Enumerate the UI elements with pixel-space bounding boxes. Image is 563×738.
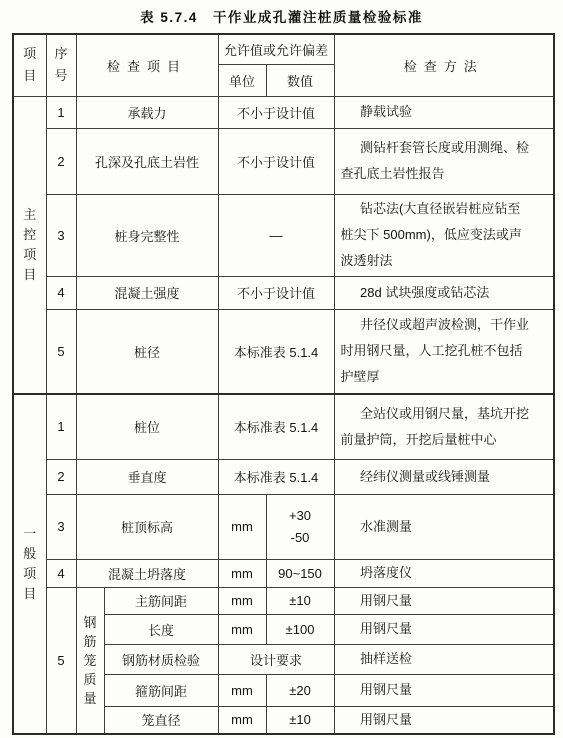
- table-row: 主控项目 1 承载力 不小于设计值 静载试验: [13, 96, 554, 128]
- row-seq: 5: [46, 309, 76, 394]
- table-title: 表 5.7.4 干作业成孔灌注桩质量检验标准: [0, 0, 563, 26]
- inspection-standards-table: 项目 序号 检查项目 允许值或允许偏差 检查方法 单位 数值 主控项目 1 承载…: [12, 33, 555, 735]
- table-row: 2 孔深及孔底土岩性 不小于设计值 测钻杆套管长度或用测绳、检查孔底土岩性报告: [13, 128, 554, 194]
- row-item: 钢筋材质检验: [104, 644, 218, 674]
- row-allow: 本标准表 5.1.4: [218, 394, 334, 459]
- row-unit: mm: [218, 674, 266, 706]
- row-item: 混凝土坍落度: [76, 559, 218, 587]
- row-seq: 5: [46, 587, 76, 734]
- row-item: 桩位: [76, 394, 218, 459]
- row-method: 用钢尺量: [334, 674, 554, 706]
- header-row-1: 项目 序号 检查项目 允许值或允许偏差 检查方法: [13, 34, 554, 64]
- row-value: +30 -50: [266, 494, 334, 559]
- table-row: 5 钢筋笼质量 主筋间距 mm ±10 用钢尺量: [13, 587, 554, 614]
- row-allow: —: [218, 194, 334, 276]
- table-row: 2 垂直度 本标准表 5.1.4 经纬仪测量或线锤测量: [13, 459, 554, 494]
- row-method: 用钢尺量: [334, 706, 554, 734]
- row-method: 用钢尺量: [334, 614, 554, 644]
- header-project: 项目: [13, 34, 46, 96]
- row-unit: mm: [218, 706, 266, 734]
- row-value: ±10: [266, 587, 334, 614]
- table-row: 4 混凝土坍落度 mm 90~150 坍落度仪: [13, 559, 554, 587]
- row-seq: 1: [46, 394, 76, 459]
- row-method: 用钢尺量: [334, 587, 554, 614]
- row-unit: mm: [218, 587, 266, 614]
- row-method: 全站仪或用钢尺量，基坑开挖前量护筒，开挖后量桩中心: [334, 394, 554, 459]
- header-item: 检查项目: [76, 34, 218, 96]
- row-allow: 不小于设计值: [218, 96, 334, 128]
- section-label-main: 主控项目: [13, 96, 46, 394]
- row-seq: 4: [46, 276, 76, 309]
- row-allow: 不小于设计值: [218, 276, 334, 309]
- header-allow: 允许值或允许偏差: [218, 34, 334, 64]
- row-allow: 不小于设计值: [218, 128, 334, 194]
- row-item: 桩径: [76, 309, 218, 394]
- row-unit: mm: [218, 614, 266, 644]
- row-seq: 4: [46, 559, 76, 587]
- rebar-cage-label: 钢筋笼质量: [76, 587, 104, 734]
- row-item: 主筋间距: [104, 587, 218, 614]
- row-item: 垂直度: [76, 459, 218, 494]
- row-method: 28d 试块强度或钻芯法: [334, 276, 554, 309]
- row-seq: 2: [46, 459, 76, 494]
- row-seq: 3: [46, 494, 76, 559]
- row-item: 孔深及孔底土岩性: [76, 128, 218, 194]
- row-unit: mm: [218, 559, 266, 587]
- row-method: 测钻杆套管长度或用测绳、检查孔底土岩性报告: [334, 128, 554, 194]
- row-seq: 1: [46, 96, 76, 128]
- table-row: 5 桩径 本标准表 5.1.4 井径仪或超声波检测，干作业时用钢尺量，人工挖孔桩…: [13, 309, 554, 394]
- row-allow: 本标准表 5.1.4: [218, 459, 334, 494]
- row-allow: 本标准表 5.1.4: [218, 309, 334, 394]
- row-value: 90~150: [266, 559, 334, 587]
- row-method: 坍落度仪: [334, 559, 554, 587]
- row-item: 箍筋间距: [104, 674, 218, 706]
- row-item: 笼直径: [104, 706, 218, 734]
- row-value: ±10: [266, 706, 334, 734]
- row-item: 桩身完整性: [76, 194, 218, 276]
- row-unit: mm: [218, 494, 266, 559]
- table-row: 一般项目 1 桩位 本标准表 5.1.4 全站仪或用钢尺量，基坑开挖前量护筒，开…: [13, 394, 554, 459]
- row-method: 井径仪或超声波检测，干作业时用钢尺量，人工挖孔桩不包括护壁厚: [334, 309, 554, 394]
- document-page: 表 5.7.4 干作业成孔灌注桩质量检验标准 项目 序号 检查项目 允许值或允许…: [0, 0, 563, 738]
- header-method: 检查方法: [334, 34, 554, 96]
- section-label-general: 一般项目: [13, 394, 46, 734]
- row-method: 水准测量: [334, 494, 554, 559]
- table-row: 4 混凝土强度 不小于设计值 28d 试块强度或钻芯法: [13, 276, 554, 309]
- row-seq: 3: [46, 194, 76, 276]
- row-method: 静载试验: [334, 96, 554, 128]
- row-allow: 设计要求: [218, 644, 334, 674]
- header-value: 数值: [266, 64, 334, 96]
- row-value: ±20: [266, 674, 334, 706]
- row-method: 抽样送检: [334, 644, 554, 674]
- row-method: 经纬仪测量或线锤测量: [334, 459, 554, 494]
- row-item: 桩顶标高: [76, 494, 218, 559]
- table-row: 3 桩身完整性 — 钻芯法(大直径嵌岩桩应钻至桩尖下 500mm)，低应变法或声…: [13, 194, 554, 276]
- row-value: ±100: [266, 614, 334, 644]
- header-seq: 序号: [46, 34, 76, 96]
- row-item: 承载力: [76, 96, 218, 128]
- row-method: 钻芯法(大直径嵌岩桩应钻至桩尖下 500mm)，低应变法或声波透射法: [334, 194, 554, 276]
- row-item: 混凝土强度: [76, 276, 218, 309]
- row-item: 长度: [104, 614, 218, 644]
- row-seq: 2: [46, 128, 76, 194]
- header-unit: 单位: [218, 64, 266, 96]
- table-row: 3 桩顶标高 mm +30 -50 水准测量: [13, 494, 554, 559]
